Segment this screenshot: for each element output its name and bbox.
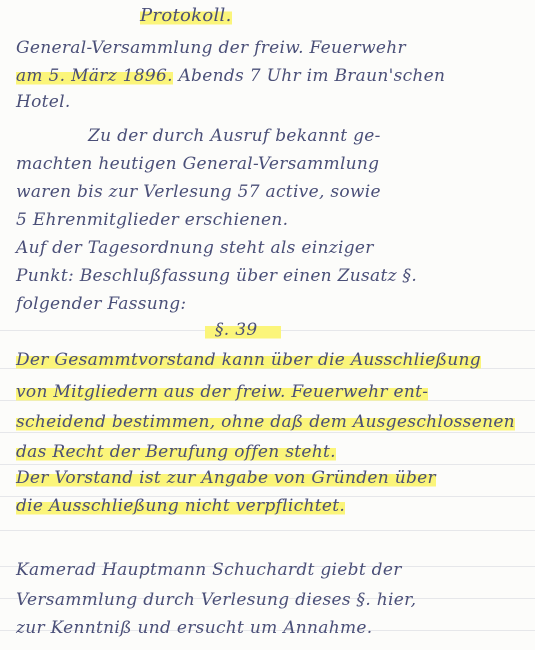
paragraph-number: §. 39 [205,320,281,340]
ruled-line [0,530,535,531]
text-line-13: von Mitgliedern aus der freiw. Feuerwehr… [16,382,428,402]
text-line-7: 5 Ehrenmitglieder erschienen. [16,210,288,230]
text-line-10: folgender Fassung: [16,294,186,314]
text-line-8: Auf der Tagesordnung steht als einziger [16,238,374,258]
highlighted-date: am 5. März 1896. [16,66,173,86]
text-line-20: zur Kenntniß und ersucht um Annahme. [16,618,372,638]
text-line-2-rest: Abends 7 Uhr im Braun'schen [173,66,446,86]
text-line-3: Hotel. [16,92,71,112]
handwritten-page: Protokoll. General-Versammlung der freiw… [0,0,535,650]
text-line-6: waren bis zur Verlesung 57 active, sowie [16,182,381,202]
ruled-line [0,432,535,433]
text-line-18: Kamerad Hauptmann Schuchardt giebt der [16,560,402,580]
document-title: Protokoll. [140,6,232,26]
text-line-14: scheidend bestimmen, ohne daß dem Ausges… [16,412,515,432]
text-line-4: Zu der durch Ausruf bekannt ge- [88,126,381,146]
highlighted-clause: das Recht der Berufung offen steht. [16,442,336,462]
highlighted-clause: Der Gesammtvorstand kann über die Aussch… [16,350,481,370]
text-line-16: Der Vorstand ist zur Angabe von Gründen … [16,468,436,488]
highlighted-clause: scheidend bestimmen, ohne daß dem Ausges… [16,412,515,432]
title-text: Protokoll. [140,5,232,26]
text-line-1: General-Versammlung der freiw. Feuerwehr [16,38,406,58]
text-line-15: das Recht der Berufung offen steht. [16,442,336,462]
text-line-2: am 5. März 1896. Abends 7 Uhr im Braun's… [16,66,445,86]
text-line-19: Versammlung durch Verlesung dieses §. hi… [16,590,416,610]
text-line-9: Punkt: Beschlußfassung über einen Zusatz… [16,266,417,286]
highlighted-clause: die Ausschließung nicht verpflichtet. [16,496,345,516]
text-line-12: Der Gesammtvorstand kann über die Aussch… [16,350,481,370]
paragraph-number-text: §. 39 [205,320,281,340]
highlighted-clause: Der Vorstand ist zur Angabe von Gründen … [16,468,436,488]
text-line-5: machten heutigen General-Versammlung [16,154,379,174]
ruled-line [0,464,535,465]
text-line-17: die Ausschließung nicht verpflichtet. [16,496,345,516]
highlighted-clause: von Mitgliedern aus der freiw. Feuerwehr… [16,382,428,402]
